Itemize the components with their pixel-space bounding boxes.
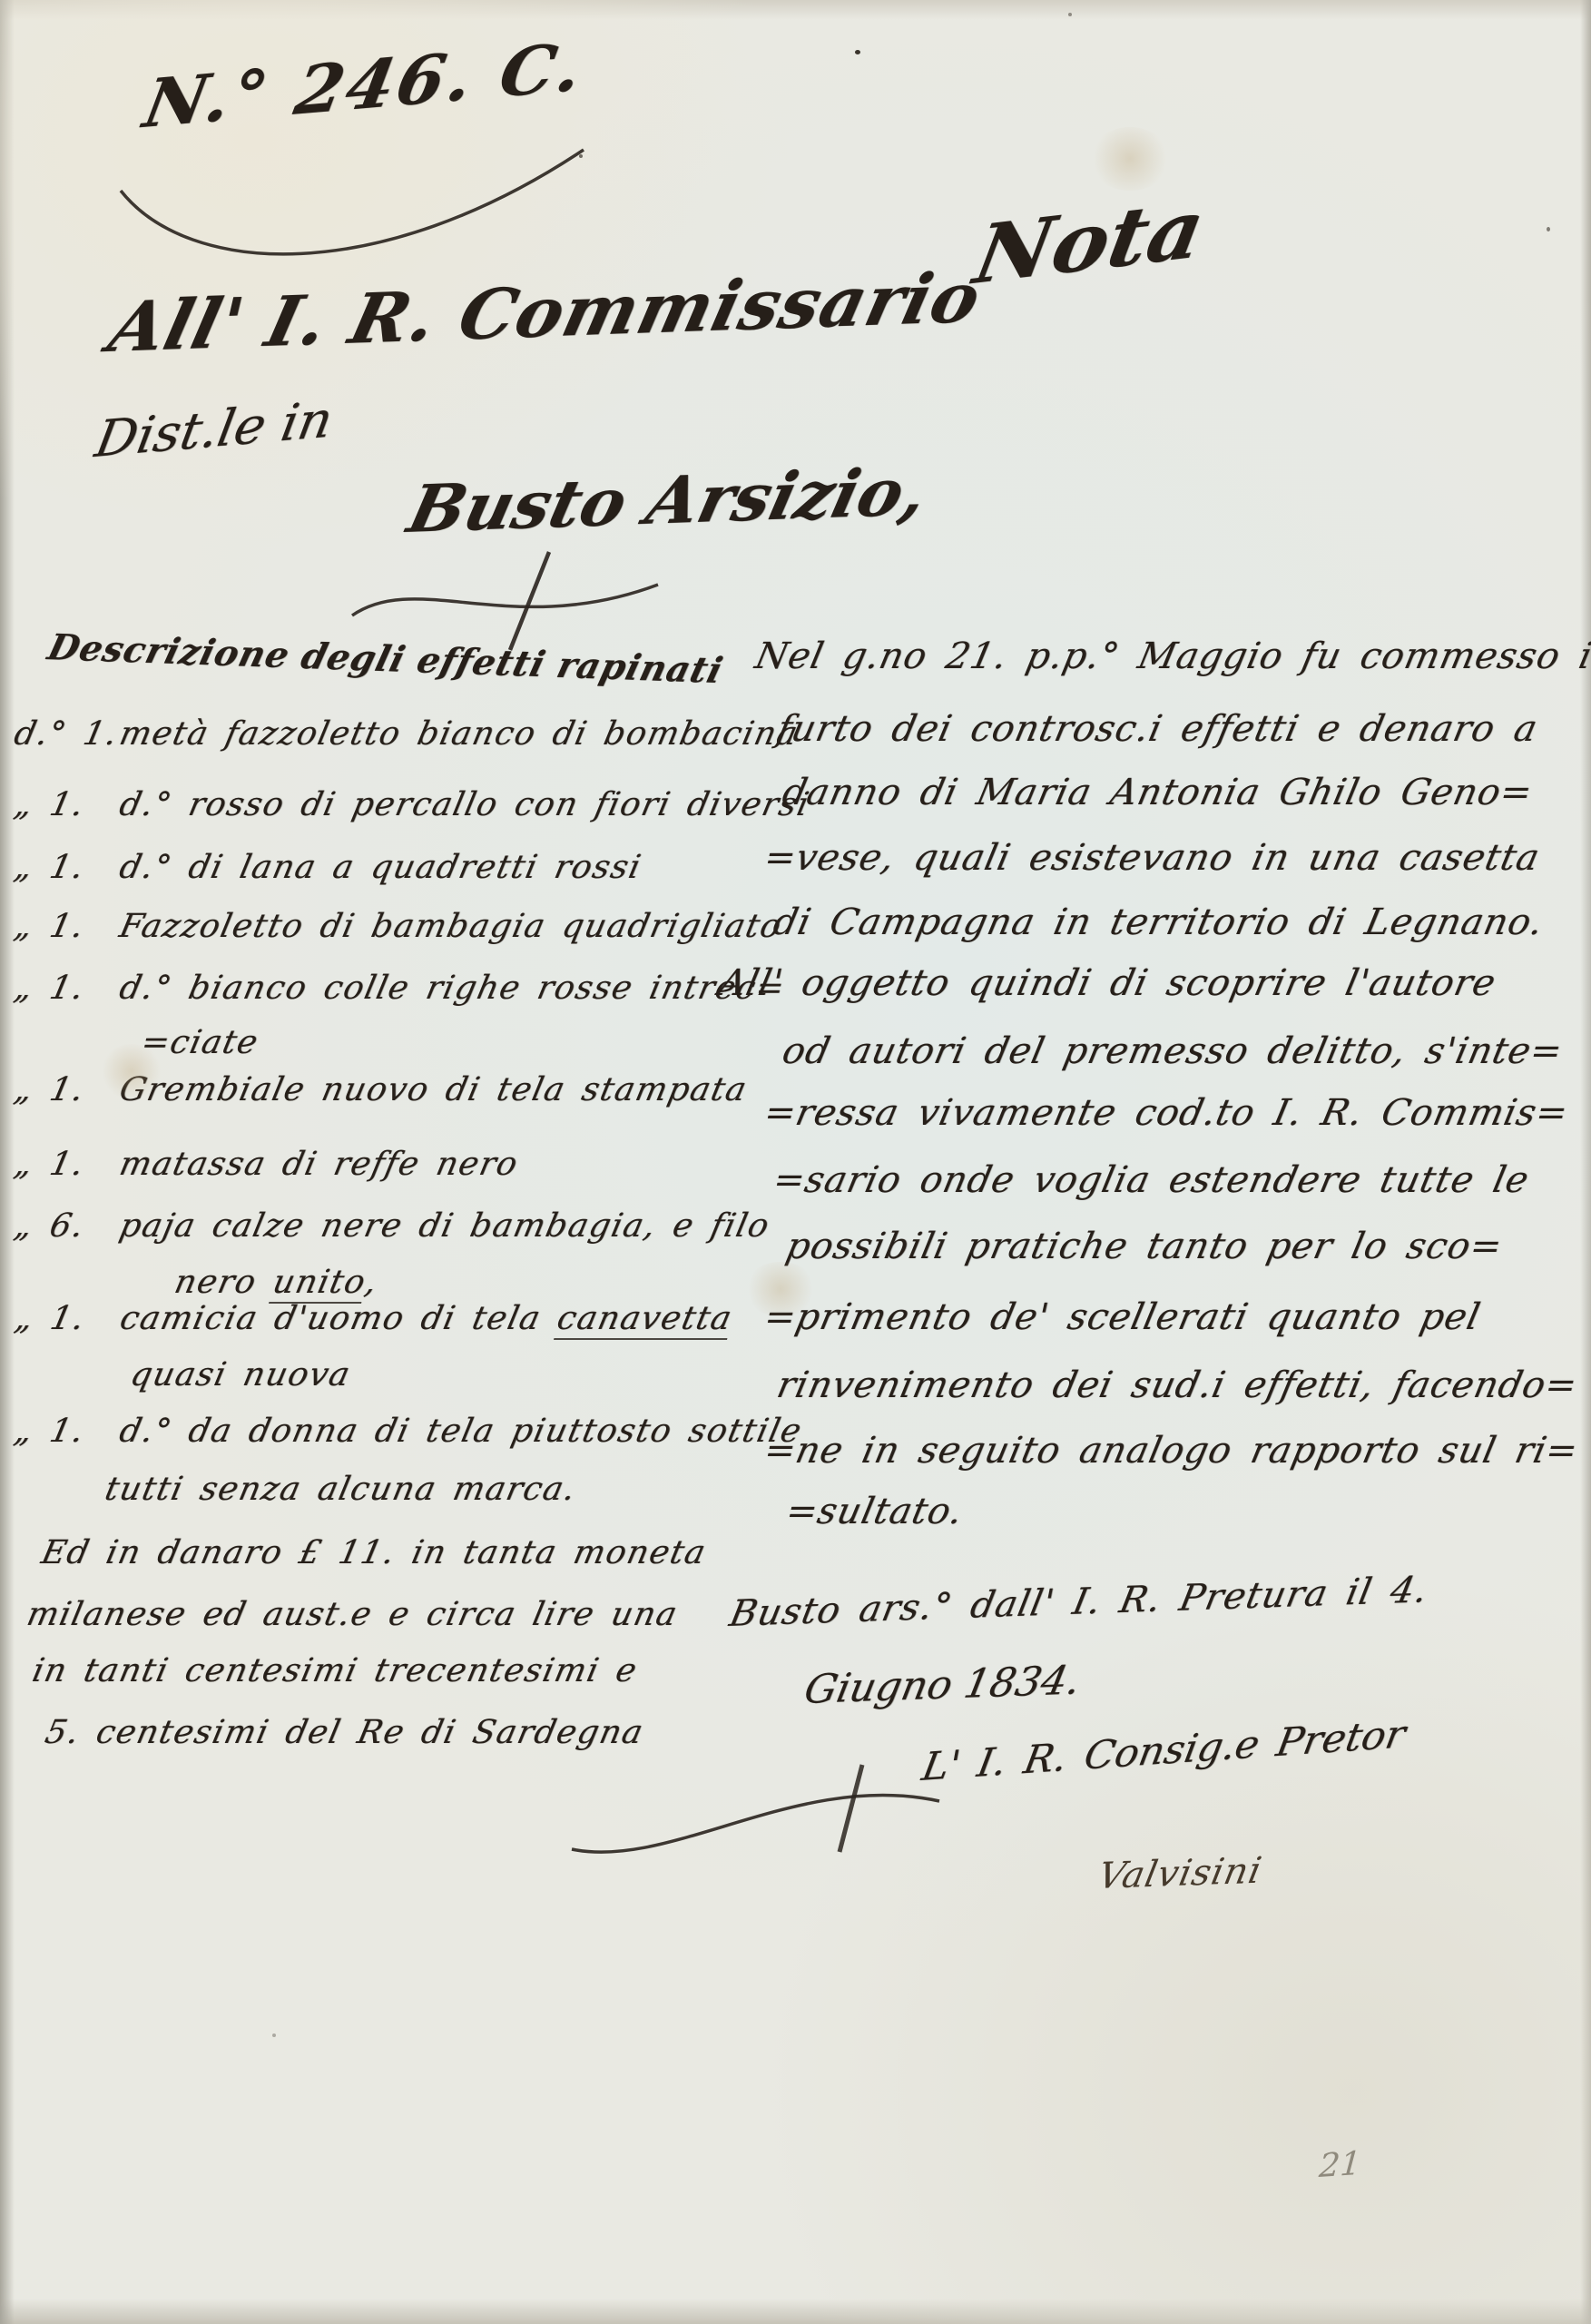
document-title: Nota — [967, 181, 1212, 303]
item-text: 5. centesimi del Re di Sardegna — [42, 1714, 647, 1751]
list-item: „ 1.camicia d'uomo di tela canavetta — [11, 1300, 736, 1340]
ink-speck — [272, 2033, 276, 2037]
item-text: in tanti centesimi trecentesimi e — [29, 1652, 641, 1689]
item-quantity: „ 1. — [12, 1300, 125, 1337]
list-item: „ 1.d.° da donna di tela piuttosto sotti… — [11, 1413, 806, 1450]
recipient-line-3: Busto Arsizio, — [401, 452, 935, 547]
body-line: =ressa vivamente cod.to I. R. Commis= — [761, 1092, 1572, 1134]
list-end-flourish — [563, 1763, 953, 1863]
ink-speck — [855, 50, 860, 54]
item-text: Fazzoletto di bambagia quadrigliato — [116, 908, 785, 945]
list-item-continuation: nero unito, — [171, 1264, 381, 1304]
body-line: =vese, quali esistevano in una casetta — [761, 837, 1544, 879]
list-item: d.° 1.metà fazzoletto bianco di bombacin… — [11, 715, 801, 753]
foxing-stain — [100, 1044, 163, 1098]
item-quantity: „ 1. — [11, 908, 124, 945]
money-note-line: in tanti centesimi trecentesimi e — [29, 1652, 641, 1689]
item-quantity: „ 1. — [11, 786, 124, 823]
money-note-line: milanese ed aust.e e circa lire una — [24, 1596, 682, 1633]
item-text: metà fazzoletto bianco di bombacina — [116, 715, 801, 753]
body-line: =primento de' scellerati quanto pel — [761, 1296, 1484, 1338]
item-text: quasi nuova — [127, 1356, 354, 1393]
body-line: All' oggetto quindi di scoprire l'autore — [715, 962, 1499, 1004]
list-item: „ 1.d.° bianco colle righe rosse intrec= — [11, 970, 789, 1007]
body-line: rinvenimento dei sud.i effetti, facendo= — [773, 1364, 1581, 1406]
item-quantity: d.° 1. — [11, 715, 124, 753]
item-text: d.° rosso di percallo con fiori diversi — [116, 786, 813, 823]
item-text: Ed in danaro £ 11. in tanta moneta — [38, 1534, 710, 1571]
list-item-continuation: tutti senza alcuna marca. — [102, 1471, 580, 1508]
signature: Valvisini — [1095, 1850, 1265, 1897]
item-text: tutti senza alcuna marca. — [102, 1471, 580, 1508]
item-quantity: „ 1. — [11, 970, 124, 1007]
item-text: d.° da donna di tela piuttosto sottile — [116, 1413, 806, 1450]
body-line: di Campagna in territorio di Legnano. — [770, 901, 1547, 943]
reference-number: N.° 246. C. — [138, 28, 591, 143]
money-note-line: Ed in danaro £ 11. in tanta moneta — [38, 1534, 710, 1571]
item-quantity: „ 1. — [11, 849, 124, 886]
closing-place-date-line-2: Giugno 1834. — [800, 1658, 1085, 1713]
body-line: =sario onde voglia estendere tutte le — [770, 1159, 1533, 1201]
reference-swash-flourish — [107, 136, 602, 290]
ink-speck — [579, 154, 583, 158]
body-line: =sultato. — [782, 1491, 967, 1532]
list-item: „ 6.paja calze nere di bambagia, e filo — [11, 1207, 773, 1245]
body-line: od autori del premesso delitto, s'inte= — [779, 1030, 1566, 1072]
item-text: matassa di reffe nero — [116, 1146, 522, 1183]
signer-title: L' I. R. Consig.e Pretor — [918, 1712, 1409, 1790]
foxing-stain — [744, 1262, 817, 1316]
item-text: nero — [172, 1264, 278, 1301]
list-item: „ 1.Fazzoletto di bambagia quadrigliato — [11, 908, 785, 945]
list-item-continuation: quasi nuova — [127, 1356, 354, 1393]
underlined-word: unito — [269, 1264, 369, 1304]
body-line: furto dei controsc.i effetti e denaro a — [773, 708, 1541, 750]
recipient-line-2: Dist.le in — [91, 390, 337, 469]
ink-speck — [1547, 227, 1550, 231]
item-quantity: „ 6. — [11, 1207, 124, 1245]
closing-place-date-line-1: Busto ars.° dall' I. R. Pretura il 4. — [726, 1569, 1431, 1635]
item-text: Grembiale nuovo di tela stampata — [116, 1071, 751, 1108]
body-line: possibili pratiche tanto per lo sco= — [782, 1226, 1507, 1267]
body-line: =ne in seguito analogo rapporto sul ri= — [761, 1430, 1582, 1472]
underlined-word: canavetta — [554, 1300, 736, 1340]
money-note-line: 5. centesimi del Re di Sardegna — [42, 1714, 647, 1751]
pencil-annotation: 21 — [1318, 2145, 1362, 2185]
item-quantity: „ 1. — [11, 1413, 124, 1450]
item-text: paja calze nere di bambagia, e filo — [116, 1207, 773, 1245]
list-item: „ 1.d.° rosso di percallo con fiori dive… — [11, 786, 813, 823]
body-line: danno di Maria Antonia Ghilo Geno= — [779, 772, 1537, 813]
body-line: Nel g.no 21. p.p.° Maggio fu commesso il — [751, 635, 1591, 677]
foxing-stain — [1089, 127, 1171, 191]
list-item: „ 1.matassa di reffe nero — [11, 1146, 522, 1183]
list-item: „ 1.d.° di lana a quadretti rossi — [11, 849, 645, 886]
manuscript-page: N.° 246. C. Nota All' I. R. Commissario … — [0, 0, 1591, 2324]
ink-speck — [1068, 13, 1072, 16]
item-text: d.° bianco colle righe rosse intrec= — [116, 970, 789, 1007]
item-text: milanese ed aust.e e circa lire una — [24, 1596, 682, 1633]
item-text: camicia d'uomo di tela — [117, 1300, 562, 1337]
item-quantity: „ 1. — [11, 1146, 124, 1183]
item-text: d.° di lana a quadretti rossi — [116, 849, 645, 886]
